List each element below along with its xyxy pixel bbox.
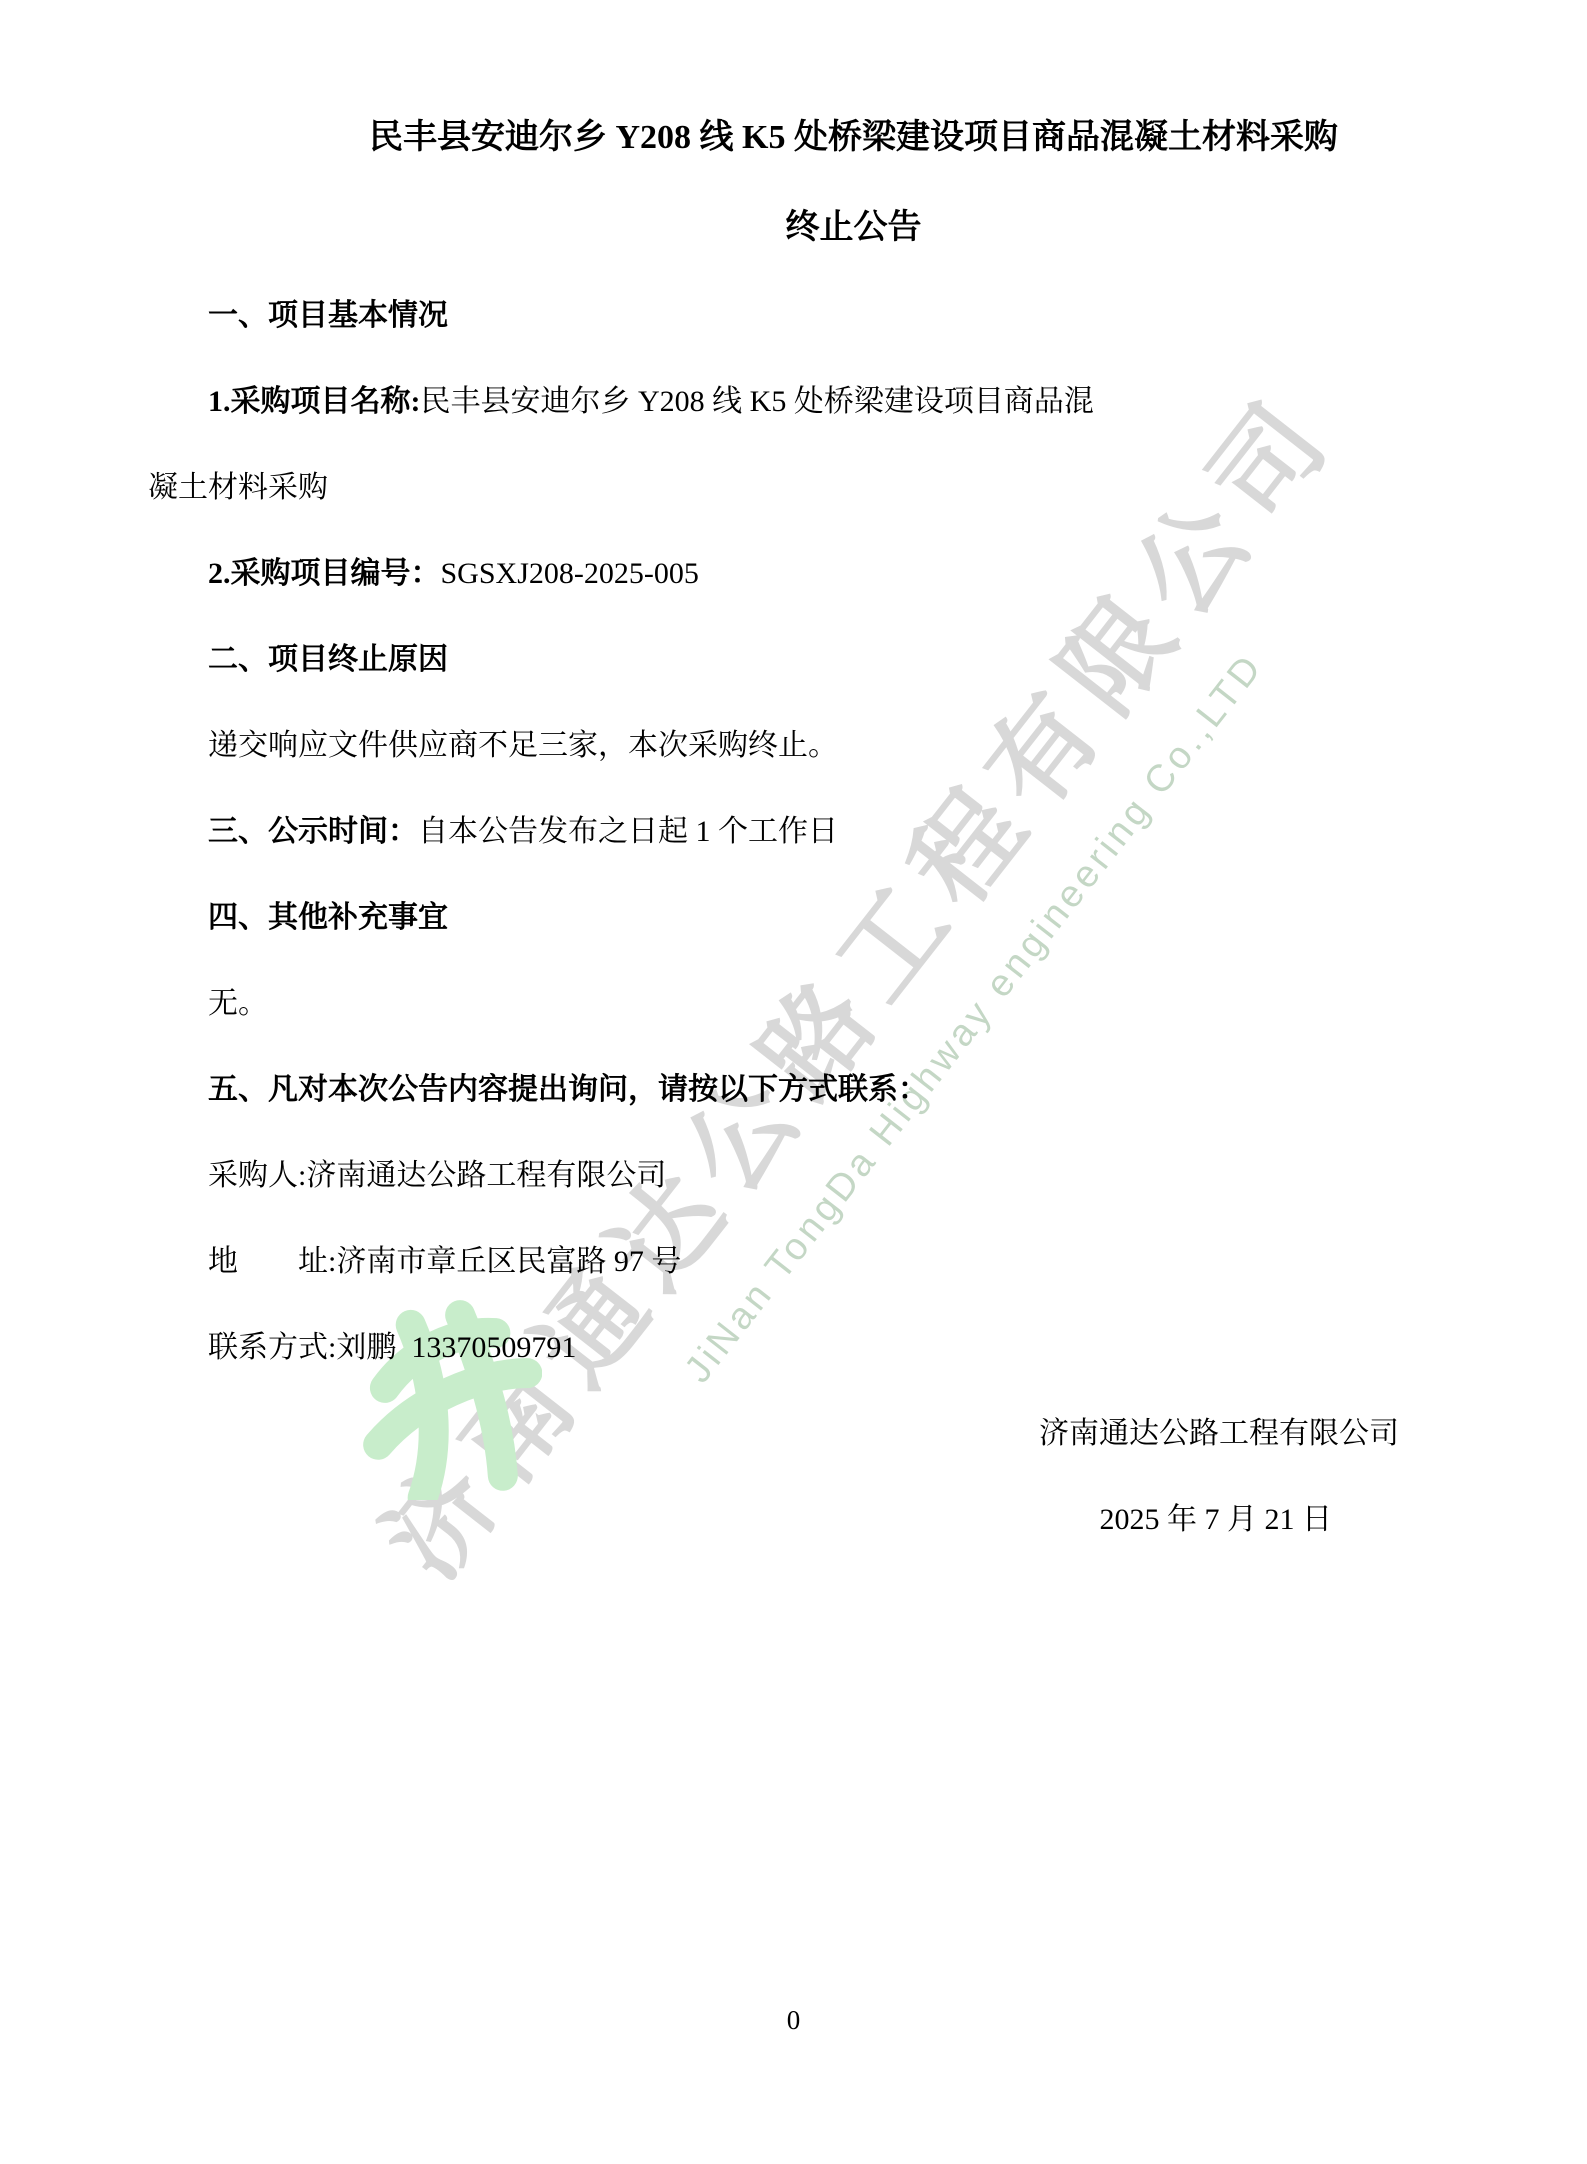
document-title-line1: 民丰县安迪尔乡 Y208 线 K5 处桥梁建设项目商品混凝土材料采购: [268, 93, 1439, 183]
announcement-body: 民丰县安迪尔乡 Y208 线 K5 处桥梁建设项目商品混凝土材料采购 终止公告 …: [0, 0, 1587, 1563]
item1-label: 1.采购项目名称:: [208, 385, 421, 418]
section4-heading: 四、其他补充事宜: [148, 875, 1439, 961]
section3-line: 三、公示时间：自本公告发布之日起 1 个工作日: [148, 789, 1439, 875]
item2-value: SGSXJ208-2025-005: [441, 557, 699, 590]
page-number: 0: [0, 2005, 1587, 2036]
section2-heading: 二、项目终止原因: [148, 617, 1439, 703]
document-page: 济南通达公路工程有限公司 JiNan TongDa Highway engine…: [0, 0, 1587, 2164]
section4-body: 无。: [148, 961, 1439, 1047]
buyer-line: 采购人:济南通达公路工程有限公司: [148, 1133, 1439, 1219]
document-title-line2: 终止公告: [268, 183, 1439, 273]
section5-heading: 五、凡对本次公告内容提出询问，请按以下方式联系：: [148, 1047, 1439, 1133]
signature-company: 济南通达公路工程有限公司: [148, 1391, 1439, 1477]
signature-date: 2025 年 7 月 21 日: [148, 1477, 1439, 1563]
address-line: 地 址:济南市章丘区民富路 97 号: [148, 1219, 1439, 1305]
contact-line: 联系方式:刘鹏 13370509791: [148, 1305, 1439, 1391]
item2-label: 2.采购项目编号：: [208, 557, 441, 590]
item1-value-continuation: 凝土材料采购: [148, 445, 1439, 531]
section1-heading: 一、项目基本情况: [148, 273, 1439, 359]
item2-line: 2.采购项目编号：SGSXJ208-2025-005: [148, 531, 1439, 617]
item1-line: 1.采购项目名称:民丰县安迪尔乡 Y208 线 K5 处桥梁建设项目商品混: [148, 359, 1439, 445]
item1-value: 民丰县安迪尔乡 Y208 线 K5 处桥梁建设项目商品混: [421, 385, 1094, 418]
section2-body: 递交响应文件供应商不足三家，本次采购终止。: [148, 703, 1439, 789]
section3-heading-label: 三、公示时间：: [208, 815, 418, 848]
section3-body: 自本公告发布之日起 1 个工作日: [418, 815, 838, 848]
